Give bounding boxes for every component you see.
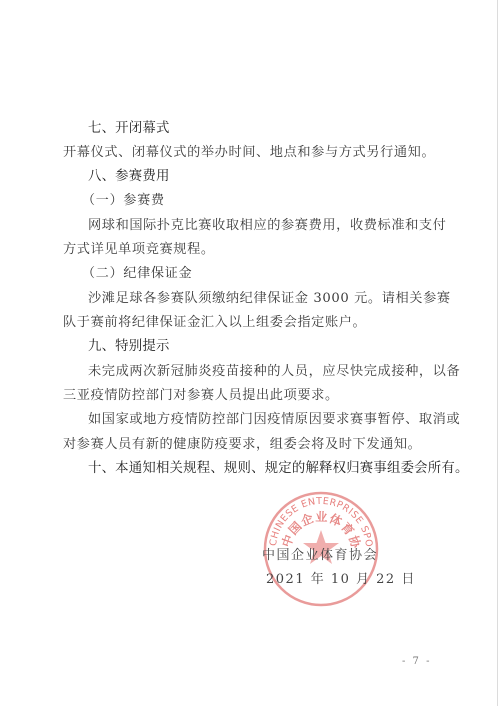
paragraph-line: 对参赛人员有新的健康防疫要求，组委会将及时下发通知。 (63, 436, 421, 454)
subheading-discipline-deposit: （二）纪律保证金 (82, 265, 192, 283)
page-edge-line (497, 0, 498, 706)
section-heading-special-notice: 九、特别提示 (88, 338, 170, 356)
section-heading-opening-ceremony: 七、开闭幕式 (88, 120, 170, 138)
paragraph-line: 未完成两次新冠肺炎疫苗接种的人员，应尽快完成接种，以备 (88, 363, 460, 381)
paragraph-line: 队于赛前将纪律保证金汇入以上组委会指定账户。 (63, 314, 366, 332)
paragraph-line: 三亚疫情防控部门对参赛人员提出此项要求。 (63, 387, 339, 405)
paragraph-line: 开幕仪式、闭幕仪式的举办时间、地点和参与方式另行通知。 (63, 144, 435, 162)
paragraph-line: 沙滩足球各参赛队须缴纳纪律保证金 3000 元。请相关参赛 (88, 290, 451, 308)
paragraph-line: 如国家或地方疫情防控部门因疫情原因要求赛事暂停、取消或 (88, 411, 460, 429)
signature-date: 2021 年 10 月 22 日 (266, 568, 416, 587)
signature-organization: 中国企业体育协会 (262, 544, 378, 563)
paragraph-line: 网球和国际扑克比赛收取相应的参赛费用，收费标准和支付 (88, 217, 446, 235)
section-heading-entry-fees: 八、参赛费用 (88, 168, 170, 186)
subheading-entry-fee: （一）参赛费 (82, 192, 165, 210)
section-heading-interpretation: 十、本通知相关规程、规则、规定的解释权归赛事组委会所有。 (88, 460, 469, 478)
page-number: - 7 - (402, 656, 431, 667)
paragraph-line: 方式详见单项竞赛规程。 (63, 241, 215, 259)
